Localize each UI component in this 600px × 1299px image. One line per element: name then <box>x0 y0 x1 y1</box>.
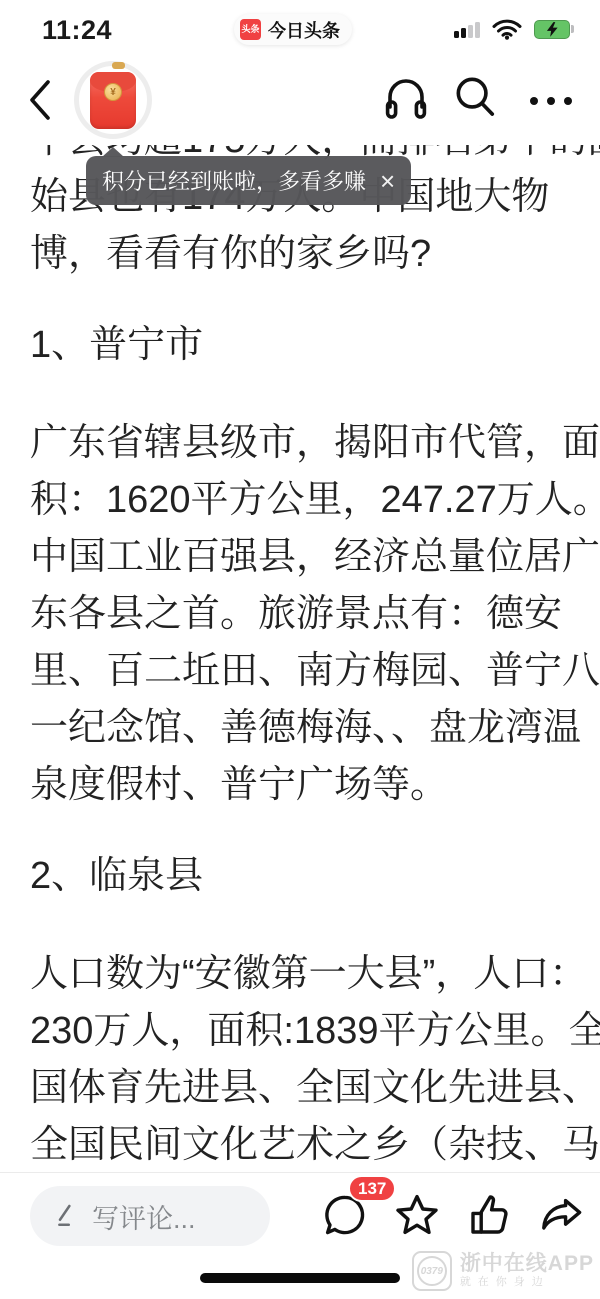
clock-text: 11:24 <box>42 15 112 46</box>
toast-close-icon[interactable]: × <box>380 168 395 194</box>
comment-count-badge: 137 <box>348 1175 396 1202</box>
watermark-subtitle: 就在你身边 <box>460 1277 594 1289</box>
progress-tick <box>112 62 125 69</box>
article-line: 人口数为“安徽第一大县”，人口： <box>30 946 570 1003</box>
home-indicator[interactable] <box>200 1273 400 1283</box>
article-heading: 1、普宁市 <box>30 317 570 374</box>
article-line: 泉度假村、普宁广场等。 <box>30 757 570 814</box>
article-line: 中国工业百强县，经济总量位居广 <box>30 529 570 586</box>
app-watermark: 0379 浙中在线APP 就在你身边 <box>412 1251 594 1291</box>
toast-message: 积分已经到账啦，多看多赚 <box>102 165 366 196</box>
comment-placeholder: 写评论... <box>92 1197 196 1236</box>
article-line: 博，看看有你的家乡吗? <box>30 226 570 283</box>
current-app-badge[interactable]: 头条 今日头条 <box>234 14 352 45</box>
top-chrome: 11:24 头条 今日头条 <box>0 0 600 145</box>
watermark-logo-icon: 0379 <box>412 1251 452 1291</box>
article-line: 里、百二坵田、南方梅园、普宁八 <box>30 643 570 700</box>
article-line: 积：1620平方公里，247.27万人。 <box>30 472 570 529</box>
article-heading: 2、临泉县 <box>30 848 570 905</box>
red-envelope-reward-widget[interactable]: ¥ <box>74 61 152 139</box>
battery-charging-icon <box>534 20 574 39</box>
back-button[interactable] <box>24 77 58 123</box>
article-line: 广东省辖县级市，揭阳市代管，面 <box>30 415 570 472</box>
search-button[interactable] <box>452 73 498 121</box>
toutiao-logo-icon: 头条 <box>240 19 261 40</box>
article-paragraph: 人口数为“安徽第一大县”，人口：230万人，面积:1839平方公里。全国体育先进… <box>30 946 570 1174</box>
status-bar: 11:24 头条 今日头条 <box>0 0 600 55</box>
app-name-label: 今日头条 <box>268 17 340 43</box>
comment-input[interactable]: 写评论... <box>30 1186 270 1246</box>
nav-bar: ¥ <box>0 55 600 145</box>
more-options-button[interactable] <box>528 95 574 107</box>
favorite-button[interactable] <box>392 1191 442 1239</box>
wifi-icon <box>492 18 522 40</box>
article-paragraph: 广东省辖县级市，揭阳市代管，面积：1620平方公里，247.27万人。中国工业百… <box>30 415 570 814</box>
like-button[interactable] <box>464 1191 512 1239</box>
article-line: 230万人，面积:1839平方公里。全 <box>30 1003 570 1060</box>
cellular-signal-icon <box>454 21 480 38</box>
listen-audio-button[interactable] <box>382 73 430 123</box>
points-toast: 积分已经到账啦，多看多赚 × <box>86 156 411 205</box>
share-button[interactable] <box>537 1191 587 1239</box>
article-body: 个县均超175万人，而排名第十的固始县也有174万人。中国地大物博，看看有你的家… <box>30 112 570 1174</box>
pencil-icon <box>50 1201 80 1231</box>
red-envelope-icon: ¥ <box>90 72 136 129</box>
article-line: 国体育先进县、全国文化先进县、 <box>30 1060 570 1117</box>
article-line: 全国民间文化艺术之乡（杂技、马 <box>30 1117 570 1174</box>
watermark-title: 浙中在线APP <box>460 1253 594 1275</box>
article-line: 一纪念馆、善德梅海、、盘龙湾温 <box>30 700 570 757</box>
article-line: 东各县之首。旅游景点有：德安 <box>30 586 570 643</box>
